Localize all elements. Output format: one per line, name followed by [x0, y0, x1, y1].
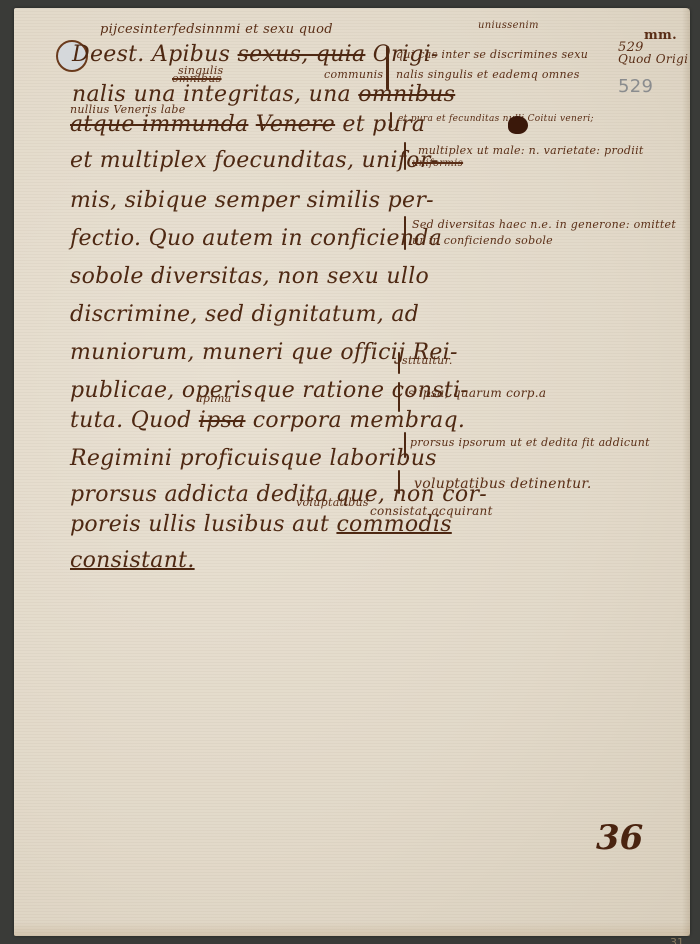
brace-mark	[404, 142, 406, 170]
interlinear-apima: apima	[196, 392, 232, 405]
text-line-12: Regimini proficuisque laboribus	[70, 446, 437, 471]
brace-mark	[404, 432, 406, 458]
folio-number: 36	[596, 818, 643, 858]
brace-mark	[398, 470, 400, 494]
margin-note-2: et pura et fecunditas nulli Coitui vener…	[398, 114, 594, 124]
brace-mark	[398, 382, 400, 412]
margin-note-1-extra: Quod Origi	[618, 52, 688, 66]
text-segment	[248, 112, 255, 137]
interlinear-voluptatibus: voluptatibus	[296, 496, 369, 509]
text-line-6: fectio. Quo autem in conficienda	[70, 226, 442, 251]
text-segment: tuta. Quod	[70, 408, 199, 433]
text-segment: corpora membraq.	[246, 408, 466, 433]
margin-note-4b: ur in conficiendo sobole	[412, 234, 553, 247]
ink-blot	[508, 116, 528, 134]
margin-note-9: consistat acquirant	[370, 504, 493, 518]
struck-text: atque immunda	[70, 112, 248, 137]
text-line-5: mis, sibique semper similis per-	[70, 188, 434, 213]
margin-note-5: stituitur.	[402, 354, 453, 367]
top-margin-note: uniussenim	[478, 20, 539, 31]
corner-mark: mm.	[644, 28, 677, 43]
text-line-1: Deest. Apibus sexus, quia Origi-	[72, 42, 439, 67]
text-segment: poreis ullis lusibus aut	[70, 512, 336, 537]
text-line-15: consistant.	[70, 548, 195, 573]
text-line-8: discrimine, sed dignitatum, ad	[70, 302, 419, 327]
manuscript-page: pijcesinterfedsinnmi et sexu quod uniuss…	[14, 8, 690, 936]
text-line-11: tuta. Quod ipsa corpora membraq.	[70, 408, 465, 433]
brace-mark	[390, 112, 392, 128]
archive-stamp: 31	[670, 936, 684, 944]
page-edge	[14, 922, 690, 936]
interlinear-communis: communis	[324, 68, 383, 81]
struck-text: sexus, quia	[238, 42, 366, 67]
text-line-3: atque immunda Venere et pura	[70, 112, 425, 137]
margin-note-1a: qui cas inter se discrimines sexu	[396, 48, 588, 61]
margin-note-3a: multiplex ut male: n. varietate: prodiit	[418, 144, 644, 157]
text-line-4: et multiplex foecunditas, unifor-	[70, 148, 438, 173]
struck-text: Venere	[256, 112, 335, 137]
brace-mark	[386, 46, 389, 90]
margin-note-4a: Sed diversitas haec n.e. in generone: om…	[412, 218, 676, 231]
margin-note-1b: nalis singulis et eademq omnes	[396, 68, 580, 81]
struck-text: omnibus	[358, 82, 455, 107]
margin-note-3b: uniformis	[412, 158, 463, 169]
struck-text: ipsa	[199, 408, 246, 433]
margin-note-8: voluptatibus detinentur.	[414, 476, 592, 492]
margin-note-6: s ipsa, quarum corp.a	[408, 386, 546, 400]
top-interlinear-note: pijcesinterfedsinnmi et sexu quod	[100, 22, 333, 37]
text-line-7: sobole diversitas, non sexu ullo	[70, 264, 429, 289]
margin-note-7: prorsus ipsorum ut et dedita fit addicun…	[410, 436, 650, 449]
page-edge	[682, 8, 690, 936]
brace-mark	[398, 352, 400, 374]
page-number-pencil: 529	[618, 76, 653, 97]
brace-mark	[404, 216, 406, 250]
